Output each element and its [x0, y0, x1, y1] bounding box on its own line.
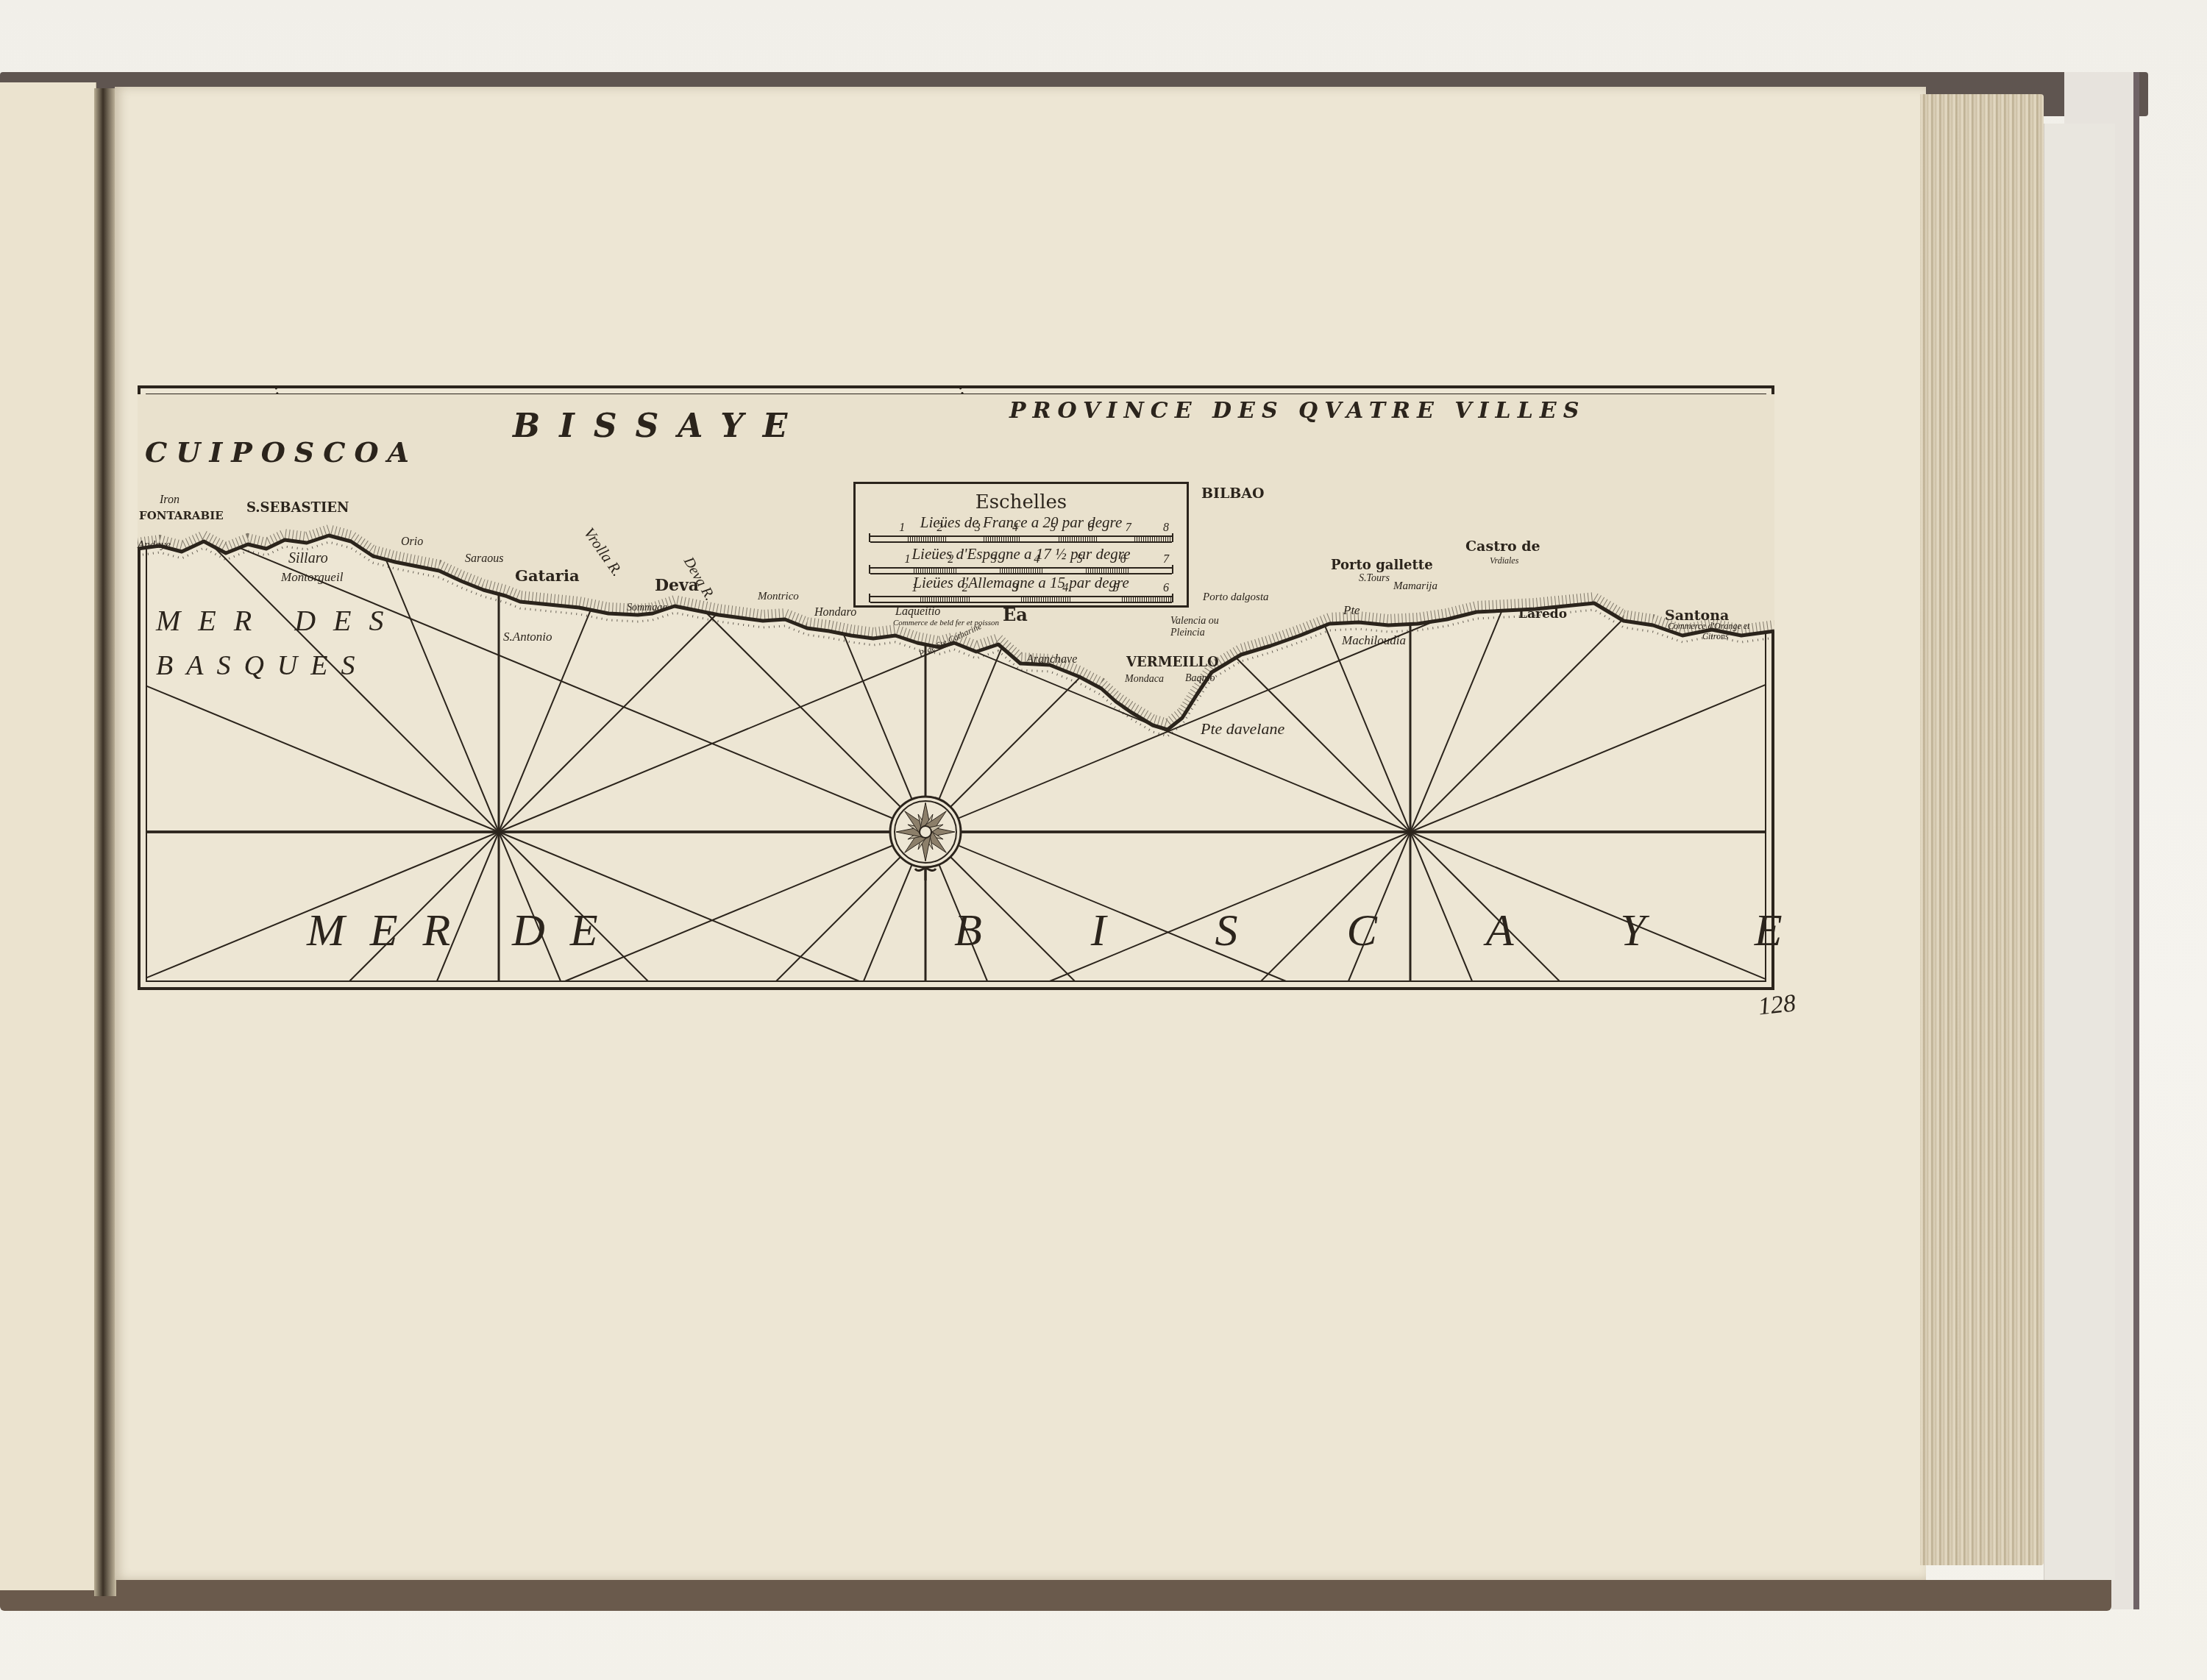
scale-cartouche: Eschelles Lieües de France a 20 par degr…: [853, 482, 1189, 608]
scale-segment: [1097, 535, 1134, 543]
scale-tick-label: 6: [1120, 553, 1126, 566]
scale-bar: 12345678: [869, 533, 1173, 542]
flyleaf: [2044, 124, 2115, 1580]
scale-segment: [920, 596, 970, 603]
place-label-gataria: Gataria: [515, 568, 580, 583]
book-gutter: [94, 88, 116, 1596]
scale-tick-label: 4: [1034, 553, 1039, 566]
place-label-montorgueil: Montorgueil: [281, 571, 343, 583]
scale-tick-label: 5: [1050, 522, 1056, 535]
scale-tick-label: 5: [1077, 553, 1083, 566]
place-label-porto-dalgosta: Porto dalgosta: [1203, 592, 1269, 603]
compass-rose-icon: [890, 797, 961, 880]
scale-segment: [971, 596, 1021, 603]
rhumb-line: [1410, 685, 1766, 832]
region-label-province-des-quatre-villes: PROVINCE DES QVATRE VILLES: [1009, 400, 1585, 422]
scale-bar: 1234567: [869, 565, 1173, 574]
place-label-s-tours: S.Tours: [1359, 574, 1390, 584]
scale-tick-label: 2: [948, 553, 953, 566]
place-label-pte-machiloudia-2: Machiloudia: [1342, 634, 1406, 647]
page-number: 128: [1757, 989, 1797, 1021]
place-label-fontarabie: FONTARABIE: [139, 510, 224, 522]
scale-segment: [908, 535, 945, 543]
scale-segment: [1122, 596, 1172, 603]
scale-tick-label: 1: [911, 582, 917, 595]
place-label-porto-gallette: Porto gallette: [1331, 559, 1433, 572]
place-label-vermeillo: VERMEILLO: [1126, 656, 1219, 669]
place-label-pleincia: Pleincia: [1170, 628, 1205, 638]
place-label-bilbao: BILBAO: [1201, 487, 1265, 501]
scale-caption: Lieües d'Espagne a 17 ½ par degre: [869, 545, 1173, 563]
place-label-orio: Orio: [401, 536, 423, 548]
map-graphic: [138, 385, 1774, 990]
place-label-ea: Ea: [1003, 606, 1028, 624]
scale-bar-france: Lieües de France a 20 par degre 12345678: [869, 513, 1173, 542]
book-cover-bottom-edge: [0, 1580, 2111, 1611]
sea-label-mer-de: MER DE: [307, 908, 623, 953]
rhumb-line: [146, 686, 499, 832]
place-label-aranchave: Aranchave: [1026, 654, 1077, 666]
place-label-santona-note-1: Commerce d'Orange et: [1668, 622, 1749, 630]
fleur-de-lis-icon: [915, 867, 936, 880]
place-label-mondaca: Mondaca: [1125, 675, 1164, 685]
scale-tick-label: 7: [1126, 522, 1131, 535]
place-label-baqnio: Baqnio: [1185, 674, 1215, 684]
scale-tick-label: 8: [1163, 522, 1169, 535]
place-label-iron: Iron: [160, 494, 180, 506]
place-label-sommaga: Sommaga: [627, 603, 667, 613]
scale-tick-label: 4: [1062, 582, 1068, 595]
place-label-s-antonio: S.Antonio: [503, 630, 552, 643]
place-label-mamarija: Mamarija: [1393, 581, 1437, 592]
scale-segment: [870, 535, 908, 543]
scale-tick-label: 4: [1012, 522, 1018, 535]
scale-bar-espagne: Lieües d'Espagne a 17 ½ par degre 123456…: [869, 545, 1173, 574]
scale-segment: [870, 596, 920, 603]
sea-label-basques: BASQUES: [156, 652, 369, 680]
scale-tick-label: 2: [962, 582, 968, 595]
scale-tick-label: 7: [1163, 553, 1169, 566]
scale-segment: [946, 535, 984, 543]
scale-tick-label: 6: [1088, 522, 1094, 535]
place-label-santona-note-2: Citrons: [1702, 632, 1729, 641]
place-label-saraous: Saraous: [465, 553, 503, 565]
scale-segment: [1071, 596, 1121, 603]
place-label-montrico: Montrico: [758, 591, 799, 602]
place-label-s-sebastien: S.SEBASTIEN: [246, 502, 349, 515]
scale-title: Eschelles: [856, 491, 1187, 513]
place-label-hondaro: Hondaro: [814, 607, 856, 619]
place-label-laredo: Laredo: [1518, 608, 1567, 621]
sea-label-mer-des: MER DES: [156, 606, 402, 636]
place-label-laqueitio-note: Commerce de beld fer et poisson: [893, 619, 999, 627]
place-label-andaye: Andaye: [138, 540, 171, 551]
page-block-edges: [1920, 94, 2044, 1565]
scale-bar-allemagne: Lieües d'Allemagne a 15 par degre 123456: [869, 574, 1173, 602]
scale-tick-label: 3: [1012, 582, 1018, 595]
sea-label-biscaye: BISCAYE: [954, 908, 1891, 953]
region-label-cuiposcoa: CUIPOSCOA: [145, 438, 418, 466]
place-label-castro: Castro de: [1465, 540, 1540, 554]
scale-tick-label: 1: [899, 522, 905, 535]
scale-tick-label: 5: [1113, 582, 1119, 595]
region-label-bissaye: BISSAYE: [513, 410, 806, 443]
map-plate: CUIPOSCOA BISSAYE PROVINCE DES QVATRE VI…: [138, 385, 1774, 990]
scale-segment: [1021, 535, 1059, 543]
place-label-pte-davelane: Pte davelane: [1201, 721, 1284, 737]
scale-bar: 123456: [869, 594, 1173, 602]
scale-tick-label: 6: [1163, 582, 1169, 595]
place-label-laqueitio: Laqueitio: [895, 606, 940, 618]
scale-tick-label: 3: [991, 553, 997, 566]
place-label-valencia: Valencia ou: [1170, 616, 1219, 627]
place-label-sillaro: Sillaro: [288, 551, 328, 566]
scale-segment: [1134, 535, 1172, 543]
scale-tick-label: 2: [937, 522, 943, 535]
scale-tick-label: 3: [975, 522, 981, 535]
scale-segment: [1021, 596, 1071, 603]
scale-segment: [1059, 535, 1096, 543]
place-label-urdiales: Vrdiales: [1490, 556, 1518, 565]
scale-tick-label: 1: [905, 553, 911, 566]
scale-segment: [984, 535, 1021, 543]
place-label-pte-machiloudia-1: Pte: [1343, 604, 1360, 616]
left-page: [0, 82, 96, 1590]
